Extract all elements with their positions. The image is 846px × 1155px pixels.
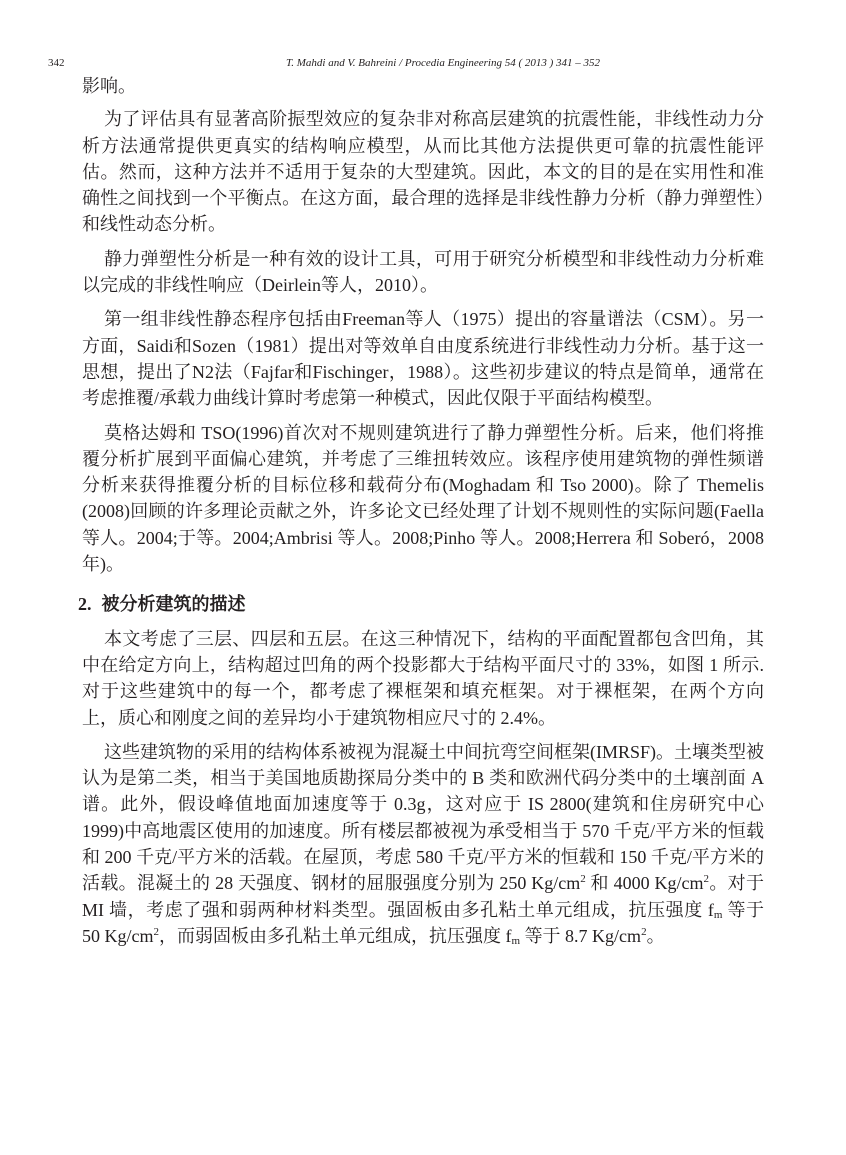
text-span: 这些建筑物的采用的结构体系被视为混凝土中间抗弯空间框架(IMRSF)。土壤类型被… [82, 742, 764, 893]
paragraph-4: 莫格达姆和 TSO(1996)首次对不规则建筑进行了静力弹塑性分析。后来，他们将… [82, 420, 764, 578]
text-span: ，而弱固板由多孔粘土单元组成，抗压强度 f [159, 926, 512, 946]
running-header: T. Mahdi and V. Bahreini / Procedia Engi… [0, 57, 846, 69]
section-heading: 2.被分析建筑的描述 [78, 591, 764, 617]
section-paragraph-1: 本文考虑了三层、四层和五层。在这三种情况下，结构的平面配置都包含凹角，其中在给定… [82, 626, 764, 731]
subscript: m [512, 935, 521, 947]
continued-text: 影响。 [82, 73, 764, 99]
paragraph-3: 第一组非线性静态程序包括由Freeman等人（1975）提出的容量谱法（CSM）… [82, 306, 764, 411]
paragraph-2: 静力弹塑性分析是一种有效的设计工具，可用于研究分析模型和非线性动力分析难以完成的… [82, 246, 764, 299]
section-paragraph-2: 这些建筑物的采用的结构体系被视为混凝土中间抗弯空间框架(IMRSF)。土壤类型被… [82, 739, 764, 949]
paragraph-1: 为了评估具有显著高阶振型效应的复杂非对称高层建筑的抗震性能，非线性动力分析方法通… [82, 106, 764, 237]
page-body: 影响。 为了评估具有显著高阶振型效应的复杂非对称高层建筑的抗震性能，非线性动力分… [82, 73, 764, 957]
text-span: 和 4000 Kg/cm [586, 873, 704, 893]
section-title: 被分析建筑的描述 [102, 594, 246, 614]
text-span: 。 [647, 926, 665, 946]
text-span: 等于 8.7 Kg/cm [520, 926, 641, 946]
section-number: 2. [78, 594, 92, 614]
